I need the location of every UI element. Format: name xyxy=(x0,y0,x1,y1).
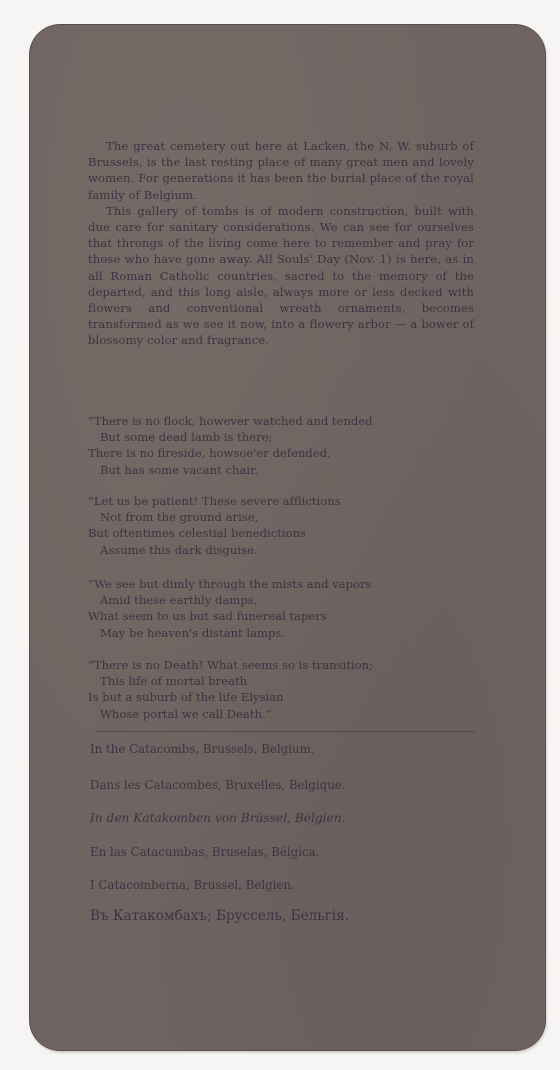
poem-line: “Let us be patient! These severe afflict… xyxy=(88,493,474,509)
paragraph-lacken-cemetery: The great cemetery out here at Lacken, t… xyxy=(88,138,474,203)
poem-line: “There is no Death! What seems so is tra… xyxy=(88,657,474,673)
poem-line: But oftentimes celestial benedictions xyxy=(88,525,474,541)
poem-line: “We see but dimly through the mists and … xyxy=(88,576,474,592)
poem-line: What seem to us but sad funereal tapers xyxy=(88,608,474,624)
poem-line: “There is no flock, however watched and … xyxy=(88,413,474,429)
caption-russian: Въ Катакомбахъ; Бруссель, Бельгія. xyxy=(90,908,349,924)
caption-french: Dans les Catacombes, Bruxelles, Belgique… xyxy=(90,778,346,792)
poem-line: But some dead lamb is there; xyxy=(88,429,474,445)
caption-german: In den Katakomben von Brüssel, Belgien. xyxy=(90,811,345,825)
poem-line: This life of mortal breath xyxy=(88,673,474,689)
paragraph-gallery-of-tombs: This gallery of tombs is of modern const… xyxy=(88,203,474,349)
divider-rule xyxy=(95,731,475,732)
poem-line: Amid these earthly damps, xyxy=(88,592,474,608)
poem-stanza-3: “We see but dimly through the mists and … xyxy=(88,576,474,641)
poem-stanza-4: “There is no Death! What seems so is tra… xyxy=(88,657,474,722)
poem-stanza-1: “There is no flock, however watched and … xyxy=(88,413,474,478)
caption-swedish: I Catacomberna, Brussel, Belgien. xyxy=(90,878,295,892)
poem-line: There is no fireside, howsoe'er defended… xyxy=(88,445,474,461)
poem-line: Is but a suburb of the life Elysian xyxy=(88,689,474,705)
poem-line: May be heaven's distant lamps. xyxy=(88,625,474,641)
description-text: The great cemetery out here at Lacken, t… xyxy=(88,138,474,349)
caption-english: In the Catacombs, Brussels, Belgium. xyxy=(90,742,315,756)
poem-line: Not from the ground arise, xyxy=(88,509,474,525)
poem-line: Assume this dark disguise. xyxy=(88,542,474,558)
caption-spanish: En las Catacumbas, Bruselas, Bélgica. xyxy=(90,845,319,859)
poem-stanza-2: “Let us be patient! These severe afflict… xyxy=(88,493,474,558)
poem-line: But has some vacant chair. xyxy=(88,462,474,478)
poem-line: Whose portal we call Death.” xyxy=(88,706,474,722)
